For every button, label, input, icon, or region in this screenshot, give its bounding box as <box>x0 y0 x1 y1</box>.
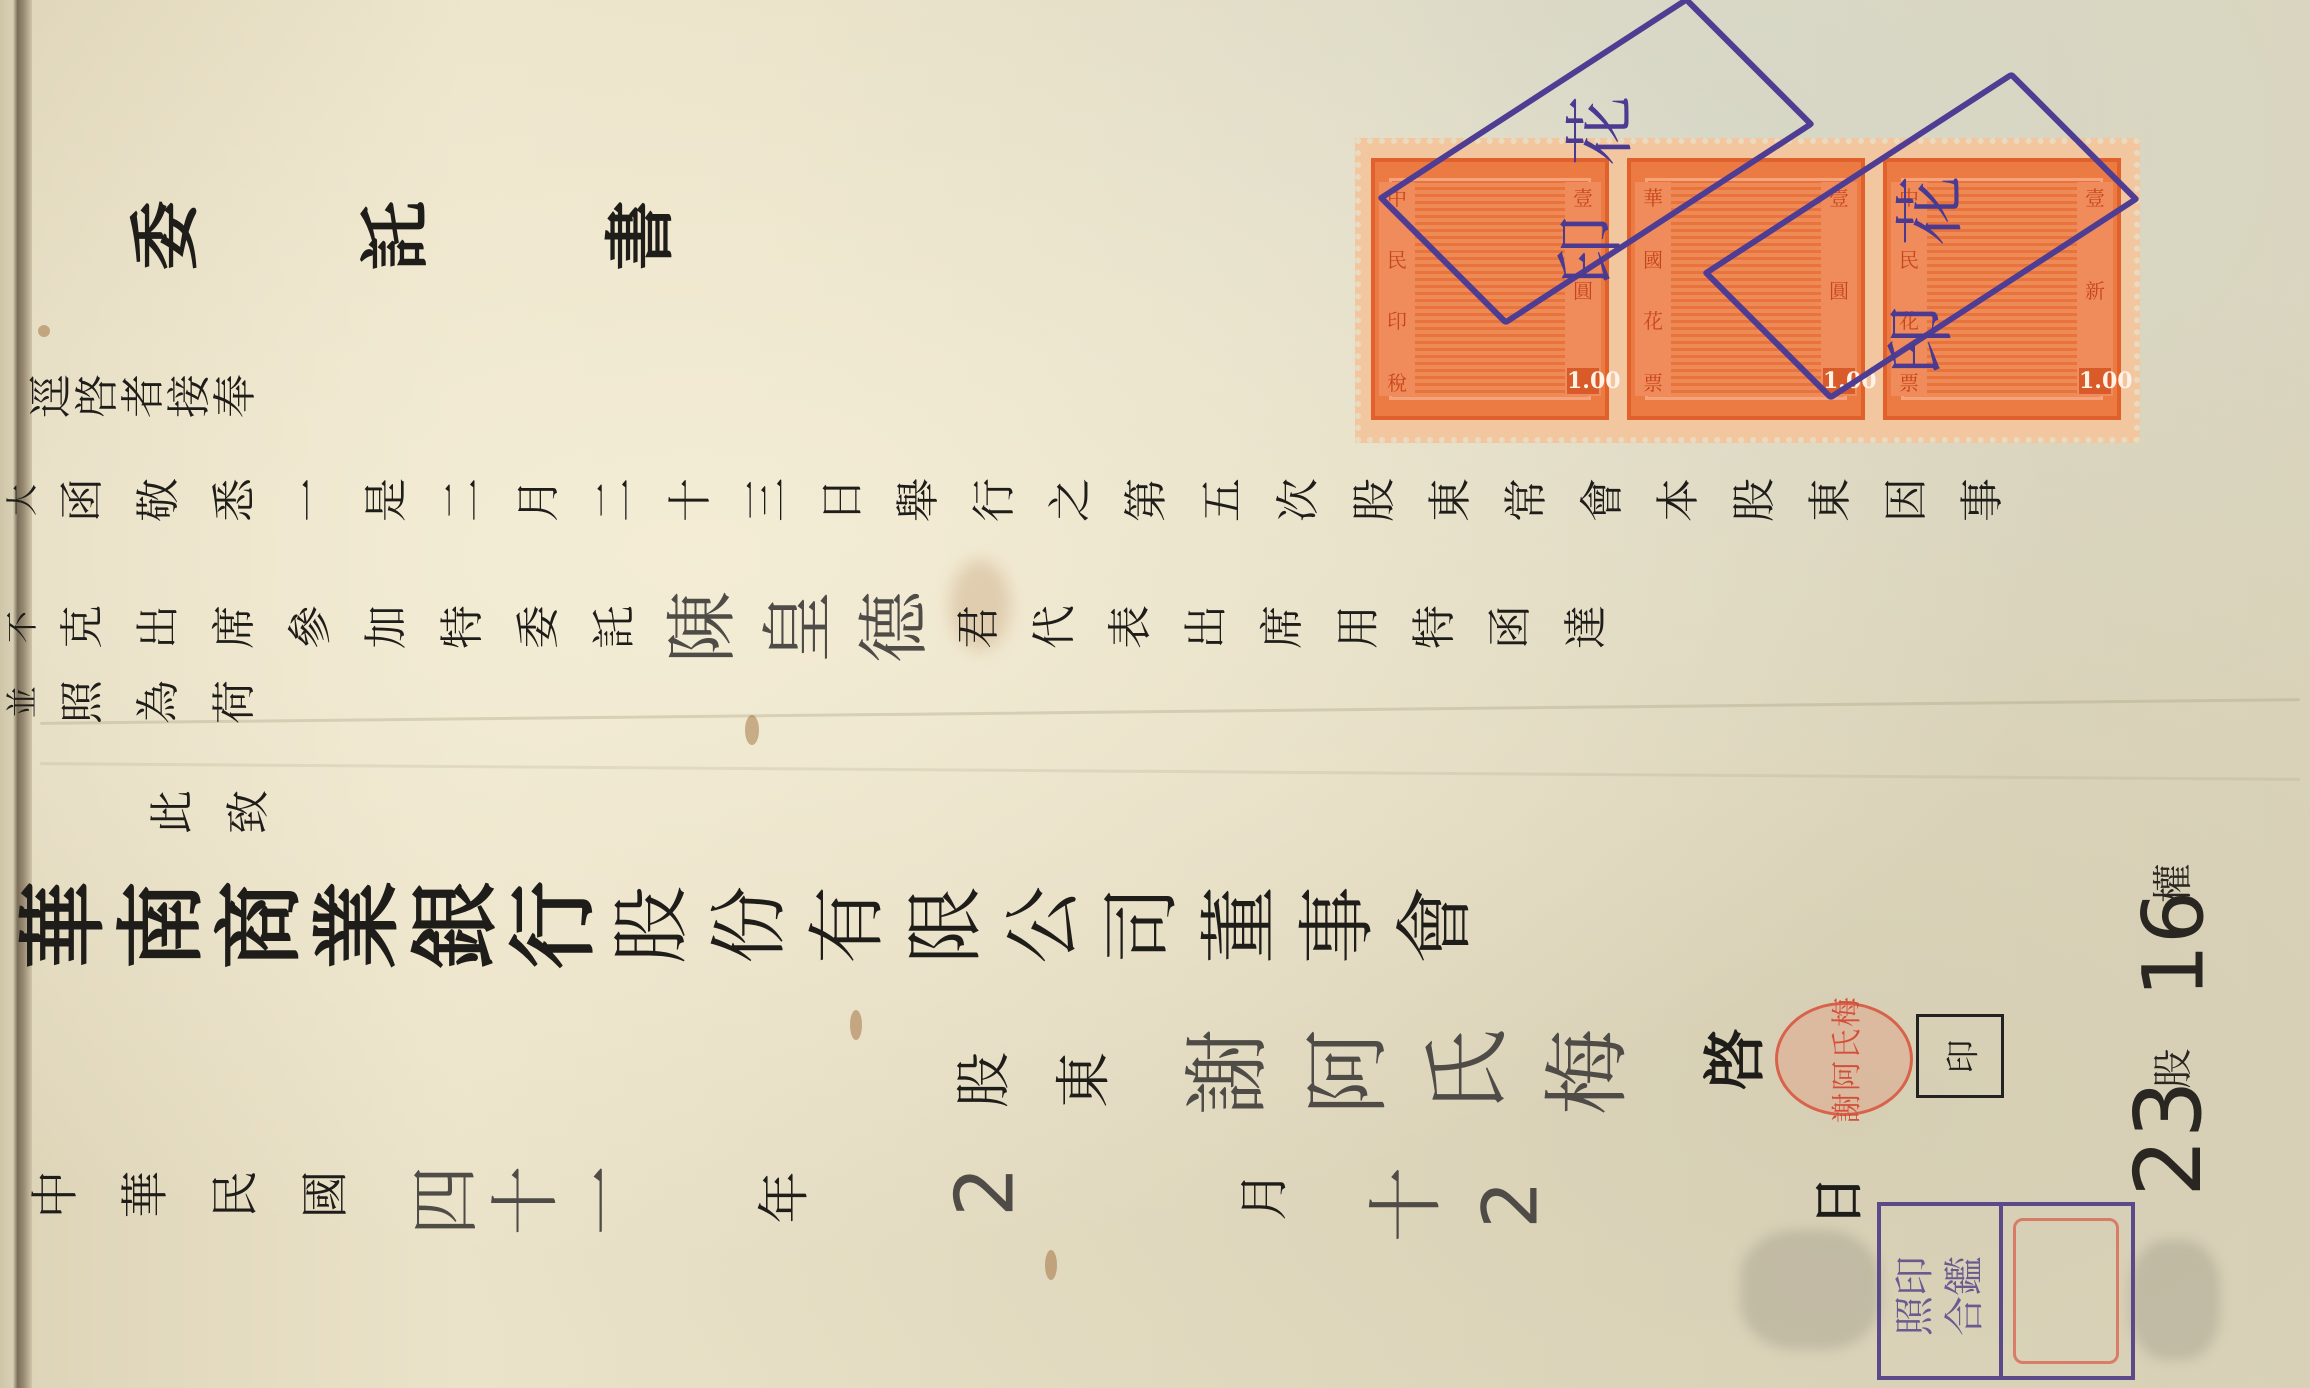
body-char: 席 <box>198 589 262 665</box>
round-red-seal: 謝阿氏梅 <box>1775 1002 1913 1116</box>
title-char: 託 <box>340 196 441 276</box>
body-char: 代 <box>1018 589 1082 665</box>
stamp-value: 1.00 <box>2079 368 2111 394</box>
ink-smudge <box>1740 1230 1880 1350</box>
body-char: 之 <box>1034 462 1098 538</box>
body-char: 用 <box>1322 589 1386 665</box>
date-char: 年 <box>743 1158 818 1238</box>
shareholder-handwritten-name: 謝 阿 氏 梅 <box>1160 1010 1640 1134</box>
body-char: 五 <box>1186 462 1250 538</box>
body-char: 並 <box>0 682 43 722</box>
body-char: 函 <box>1474 589 1538 665</box>
seal-box: 印 <box>1916 1014 2004 1098</box>
company-char: 份 <box>687 876 799 974</box>
body-char: 二 <box>426 462 490 538</box>
body-char: 不 <box>0 607 43 647</box>
cancellation-text: 花 <box>1545 96 1646 166</box>
date-day-label: 日 <box>1800 1165 1870 1237</box>
body-char: 表 <box>1094 589 1158 665</box>
closing-qi: 啓 <box>1690 1015 1770 1104</box>
body-char: 出 <box>1170 589 1234 665</box>
body-row-1: 逕 啓 者 接 奉 <box>24 364 254 428</box>
title-char: 委 <box>110 196 211 276</box>
body-row-4: 並 照 為 荷 <box>0 670 268 734</box>
body-char: 達 <box>1550 589 1614 665</box>
body-char: 股 <box>1718 462 1782 538</box>
verification-label: 印 鑑 照 合 <box>1881 1206 2003 1376</box>
stain <box>745 715 759 745</box>
body-char: 股 <box>1338 462 1402 538</box>
body-char: 此 <box>136 774 200 850</box>
stamp-value: 1.00 <box>1567 368 1599 394</box>
red-square-seal <box>2013 1218 2119 1364</box>
closing-salutation: 此 致 <box>130 780 282 844</box>
body-char: 出 <box>122 589 186 665</box>
body-char: 十 <box>654 462 718 538</box>
title-char: 書 <box>585 196 686 276</box>
body-char: 月 <box>502 462 566 538</box>
body-char: 君 <box>942 589 1006 665</box>
closing-char: 啓 <box>1686 1020 1775 1100</box>
body-char: 舉 <box>882 462 946 538</box>
company-char: 限 <box>883 876 995 974</box>
shareholder-line: 股 東 <box>930 1040 1130 1120</box>
date-day-handwritten: 十 2 <box>1345 1150 1565 1259</box>
date-char: 國 <box>287 1150 356 1240</box>
ink-smudge <box>2130 1240 2220 1360</box>
verification-char: 合 <box>1945 1286 1985 1336</box>
shareholder-label-char: 股 <box>940 1030 1020 1130</box>
body-char: 特 <box>426 589 490 665</box>
body-char: 參 <box>274 589 338 665</box>
body-char: 會 <box>1566 462 1630 538</box>
handwritten-proxy-name: 陳 皇 德 <box>648 575 936 679</box>
company-char: 司 <box>1079 876 1191 974</box>
handwritten-char: 謝 <box>1158 1012 1282 1132</box>
handwritten-char: 氏 <box>1398 1012 1522 1132</box>
share-count: 23 <box>2115 1080 2222 1197</box>
handwritten-char: 德 <box>836 579 940 675</box>
document-title: 委 託 書 <box>120 185 675 286</box>
stain <box>38 325 50 337</box>
body-char: 委 <box>502 589 566 665</box>
handwritten-char: 阿 <box>1278 1012 1402 1132</box>
body-char: 三 <box>730 462 794 538</box>
vote-count: 16 <box>2124 891 2222 998</box>
date-month-label: 月 <box>1220 1160 1300 1232</box>
body-char: 第 <box>1110 462 1174 538</box>
company-name: 華 南 商 業 銀 行 股 份 有 限 公 司 董 事 會 <box>8 862 1478 988</box>
date-month-handwritten: 2 <box>940 1145 1030 1238</box>
cancellation-text: 花 <box>1875 176 1976 246</box>
stain <box>1045 1250 1057 1280</box>
body-char: 次 <box>1262 462 1326 538</box>
handwritten-char: 皇 <box>740 579 844 675</box>
handwritten-char: 梅 <box>1518 1012 1642 1132</box>
body-char: 照 <box>46 664 110 740</box>
company-char: 董 <box>1177 876 1289 974</box>
date-char: 日 <box>1799 1166 1871 1236</box>
seal-box-label: 印 <box>1936 1039 1985 1073</box>
shareholder-label-char: 東 <box>1040 1030 1120 1130</box>
body-char: 悉 <box>198 462 262 538</box>
body-char: 本 <box>1642 462 1706 538</box>
body-row-2: 大 函 敬 悉 一 是 二 月 二 十 三 日 舉 行 之 第 五 次 股 東 … <box>0 468 2016 532</box>
body-char: 致 <box>212 774 276 850</box>
body-char: 因 <box>1870 462 1934 538</box>
share-label: 股 <box>2142 1049 2199 1089</box>
handwritten-char: 陳 <box>644 579 748 675</box>
date-year-label: 年 <box>740 1160 820 1235</box>
date-char: 華 <box>107 1150 176 1240</box>
date-year-handwritten: 四 十 一 <box>400 1150 640 1251</box>
company-char: 公 <box>981 876 1093 974</box>
body-char: 席 <box>1246 589 1310 665</box>
body-char: 大 <box>0 480 43 520</box>
body-char: 為 <box>122 664 186 740</box>
handwritten-char: 十 <box>1346 1150 1455 1260</box>
body-char: 特 <box>1398 589 1462 665</box>
handwritten-char: 2 <box>939 1147 1032 1237</box>
seal-verification-stamp: 印 鑑 照 合 <box>1877 1202 2135 1380</box>
vote-label: 權 <box>2142 864 2199 904</box>
body-char: 託 <box>578 589 642 665</box>
body-char: 敬 <box>122 462 186 538</box>
body-char: 一 <box>274 462 338 538</box>
body-char: 是 <box>350 462 414 538</box>
body-char: 常 <box>1490 462 1554 538</box>
body-char: 事 <box>1946 462 2010 538</box>
cancellation-text: 印 <box>1865 306 1966 376</box>
company-char: 有 <box>785 876 897 974</box>
body-char: 東 <box>1414 462 1478 538</box>
body-char: 奉 <box>199 373 263 419</box>
date-char: 中 <box>17 1150 86 1240</box>
handwritten-char: 一 <box>550 1161 651 1241</box>
handwritten-char: 2 <box>1466 1150 1555 1260</box>
body-char: 行 <box>958 462 1022 538</box>
body-char: 函 <box>46 462 110 538</box>
body-char: 荷 <box>198 664 262 740</box>
verification-char: 照 <box>1895 1286 1935 1336</box>
body-char: 日 <box>806 462 870 538</box>
body-char: 東 <box>1794 462 1858 538</box>
body-char: 二 <box>578 462 642 538</box>
body-char: 加 <box>350 589 414 665</box>
date-char: 月 <box>1224 1156 1296 1236</box>
company-char: 會 <box>1373 876 1485 974</box>
date-prefix: 中 華 民 國 <box>6 1160 366 1229</box>
verification-seal-cell <box>2003 1206 2131 1376</box>
cancellation-text: 印 <box>1535 216 1636 286</box>
company-char: 事 <box>1275 876 1387 974</box>
date-char: 民 <box>197 1150 266 1240</box>
body-char: 克 <box>46 589 110 665</box>
company-char: 股 <box>589 876 701 974</box>
stain <box>850 1010 862 1040</box>
seal-text: 謝阿氏梅 <box>1822 995 1866 1123</box>
